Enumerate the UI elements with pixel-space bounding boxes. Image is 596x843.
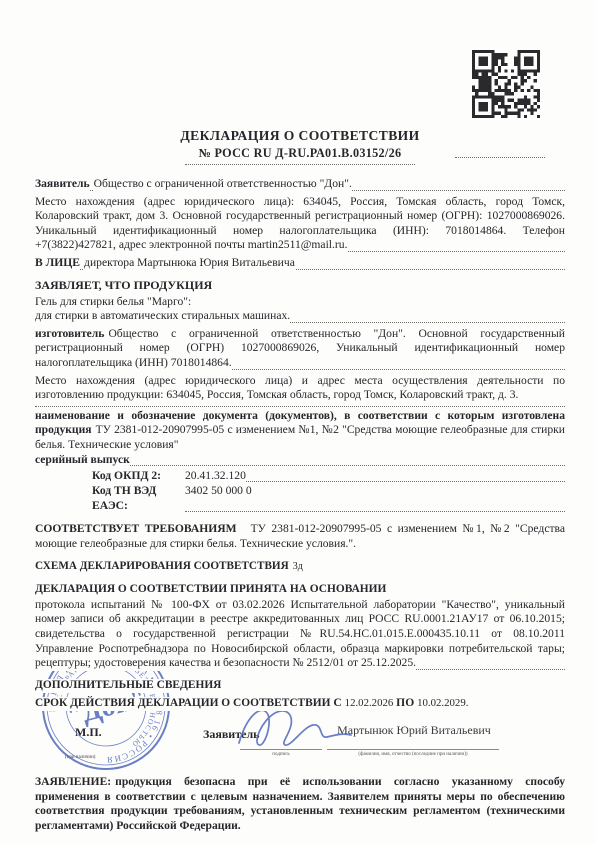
additional-info-label: ДОПОЛНИТЕЛЬНЫЕ СВЕДЕНИЯ	[35, 679, 221, 693]
scheme-label: СХЕМА ДЕКЛАРИРОВАНИЯ СООТВЕТСТВИЯ	[35, 560, 289, 574]
product-use: для стирки в автоматических стиральных м…	[35, 309, 290, 324]
doc-basis-value: ТУ 2381-012-20907995-05 с изменением №1,…	[35, 423, 565, 453]
document-title: ДЕКЛАРАЦИЯ О СООТВЕТСТВИИ	[35, 128, 565, 144]
okpd-code-row: Код ОКПД 2: 20.41.32.120	[35, 468, 565, 483]
product-name: Гель для стирки белья "Марго":	[35, 295, 191, 310]
document-number-underline: № РОСС RU Д-RU.РА01.В.03152/26	[185, 144, 416, 165]
tnved-code-row: Код ТН ВЭД ЕАЭС: 3402 50 000 0	[35, 483, 565, 513]
serial-label: серийный выпуск	[35, 453, 130, 468]
applicant-row: ЗаявительОбщество с ограниченной ответст…	[35, 177, 565, 192]
statement-label: ЗАЯВЛЕНИЕ:	[35, 775, 111, 790]
signature-line	[240, 749, 322, 750]
okpd-code-value: 20.41.32.120	[185, 469, 246, 484]
tnved-code-label: Код ТН ВЭД ЕАЭС:	[35, 483, 185, 513]
basis-header: ДЕКЛАРАЦИЯ О СООТВЕТСТВИИ ПРИНЯТА НА ОСН…	[35, 582, 565, 597]
doc-basis-row: наименование и обозначение документа (до…	[35, 409, 565, 453]
validity-date-to: 10.02.2029.	[417, 697, 468, 711]
stamp-place-label: М.П.	[75, 725, 102, 740]
signer-name: Мартынюк Юрий Витальевич	[330, 723, 498, 738]
manufacturer-address-row: Место нахождения (адрес юридического лиц…	[35, 374, 565, 408]
statement-row: ЗАЯВЛЕНИЕ:продукция безопасна при её исп…	[35, 775, 565, 833]
signer-name-line	[327, 749, 499, 750]
product-use-row: для стирки в автоматических стиральных м…	[35, 309, 565, 324]
tnved-code-underline: 3402 50 000 0	[185, 483, 565, 513]
in-person-label: В ЛИЦЕ	[35, 256, 80, 271]
compliance-label: СООТВЕТСТВУЕТ ТРЕБОВАНИЯМ	[35, 522, 237, 537]
additional-info-row: ДОПОЛНИТЕЛЬНЫЕ СВЕДЕНИЯ	[35, 678, 565, 693]
in-person-row: В ЛИЦЕдиректора Мартынюка Юрия Витальеви…	[35, 256, 565, 271]
manufacturer-row: изготовительОбщество с ограниченной отве…	[35, 327, 565, 371]
basis-row: протокола испытаний № 100-ФХ от 03.02.20…	[35, 598, 565, 671]
signer-name-note: (фамилия, имя, отчество (последние при н…	[327, 752, 499, 757]
validity-row: СРОК ДЕЙСТВИЯ ДЕКЛАРАЦИИ О СООТВЕТСТВИИ …	[35, 696, 565, 711]
scheme-value: 3д	[293, 561, 303, 574]
manufacturer-label: изготовитель	[35, 327, 104, 342]
signature-note: подпись	[240, 752, 322, 757]
manufacturer-value: Общество с ограниченной ответственностью…	[35, 327, 565, 371]
manufacturer-address: Место нахождения (адрес юридического лиц…	[35, 374, 565, 404]
stamp-place-note: (при наличии)	[65, 755, 95, 760]
scheme-row: СХЕМА ДЕКЛАРИРОВАНИЯ СООТВЕТСТВИЯ3д	[35, 559, 565, 575]
statement-value: продукция безопасна при её использовании…	[35, 775, 565, 834]
basis-value: протокола испытаний № 100-ФХ от 03.02.20…	[35, 598, 565, 671]
applicant-value: Общество с ограниченной ответственностью…	[94, 177, 352, 192]
product-name-row: Гель для стирки белья "Марго":	[35, 295, 565, 310]
declares-header: ЗАЯВЛЯЕТ, ЧТО ПРОДУКЦИЯ	[35, 278, 565, 293]
document-number: № РОСС RU Д-RU.РА01.В.03152/26	[199, 146, 402, 160]
document-page: ДЕКЛАРАЦИЯ О СООТВЕТСТВИИ № РОСС RU Д-RU…	[0, 0, 596, 843]
validity-date-from: 12.02.2026	[345, 697, 394, 711]
signature-area: М.П. (при наличии) Заявитель подпись Мар…	[35, 717, 565, 773]
okpd-code-underline: 20.41.32.120	[185, 468, 565, 483]
validity-label: СРОК ДЕЙСТВИЯ ДЕКЛАРАЦИИ О СООТВЕТСТВИИ	[35, 697, 330, 711]
applicant-address: Место нахождения (адрес юридического лиц…	[35, 195, 565, 254]
validity-from-word: С	[333, 696, 341, 711]
okpd-code-label: Код ОКПД 2:	[35, 468, 185, 483]
serial-row: серийный выпуск	[35, 453, 565, 468]
in-person-value: директора Мартынюка Юрия Витальевича	[84, 256, 295, 271]
tnved-code-value: 3402 50 000 0	[185, 484, 252, 499]
validity-to-word: ПО	[396, 696, 414, 711]
applicant-address-row: Место нахождения (адрес юридического лиц…	[35, 195, 565, 253]
applicant-label: Заявитель	[35, 177, 90, 192]
compliance-row: СООТВЕТСТВУЕТ ТРЕБОВАНИЯМТУ 2381-012-209…	[35, 522, 565, 551]
